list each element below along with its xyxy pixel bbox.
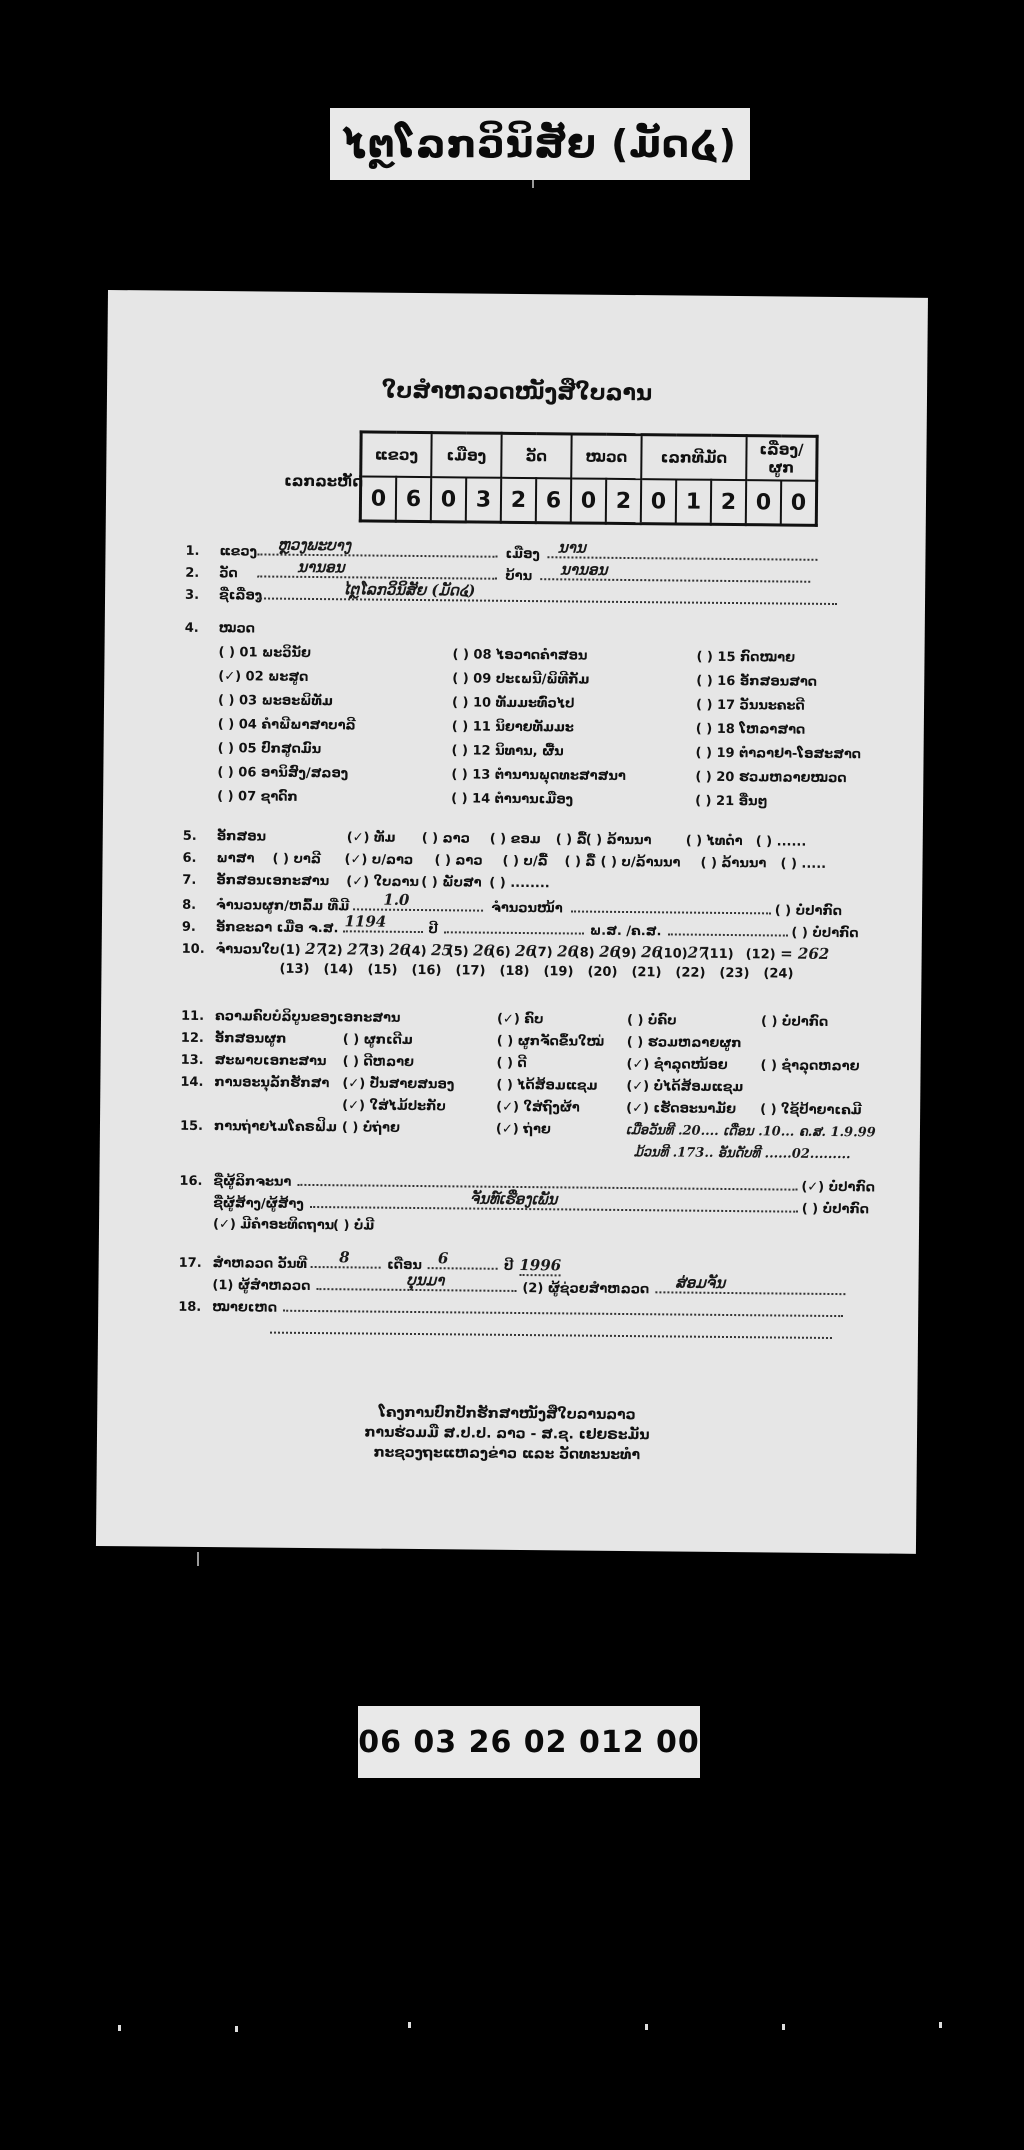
script-option[interactable]: ( ) ...... bbox=[756, 834, 807, 849]
film-speck bbox=[939, 2022, 942, 2028]
code-table: ແຂວງ ເມືອງ ວັດ ໝວດ ເລກທີມັດ ເລື່ອງ/ຜູກ 0… bbox=[359, 430, 819, 526]
fascicle-type-option[interactable]: ( ) ຜູກເດີມ bbox=[343, 1032, 497, 1048]
not-shown-option[interactable]: ( ) ບໍ່ປາກົດ bbox=[802, 1202, 869, 1218]
assistant-field: ສ່ອມຈັນ bbox=[655, 1279, 845, 1295]
remarks-line-2 bbox=[270, 1320, 832, 1339]
leaf-index: (7) bbox=[532, 945, 553, 960]
leaf-index: (10) bbox=[658, 946, 688, 961]
leaf-count-cell: (5) 26 bbox=[448, 941, 490, 959]
field-label: ອັກສອນຜູກ bbox=[215, 1031, 343, 1047]
field-label: ປີ bbox=[504, 1259, 514, 1274]
field-label: ຊື່ເລື່ອງ bbox=[219, 588, 257, 603]
language-option[interactable]: ( ) ..... bbox=[780, 856, 826, 871]
item-preservation: 14. ການອະນຸລັກຮັກສາ (✓) ປັ່ນສາຍສນອງ ( ) … bbox=[180, 1075, 743, 1095]
film-speck bbox=[235, 2026, 238, 2032]
field-label: ໝວດ bbox=[219, 621, 255, 636]
category-option[interactable]: ( ) 01 ພະວິນັຍ bbox=[218, 645, 356, 670]
field-label: (1) ຜູ້ສຳຫລວດ bbox=[212, 1278, 310, 1294]
code-digit: 2 bbox=[711, 480, 746, 525]
field-label: ປີ bbox=[428, 922, 438, 937]
condition-option[interactable]: ( ) ຊຳລຸດຫລາຍ bbox=[761, 1058, 860, 1074]
item-number: 13. bbox=[181, 1053, 215, 1068]
leaf-count-cell: (6) 26 bbox=[490, 942, 532, 960]
leaf-index: (4) bbox=[406, 944, 427, 959]
leaf-index: (16) bbox=[411, 963, 455, 978]
leaf-count-cell: (2) 27 bbox=[322, 940, 364, 958]
field-label: ອັກຂະລາ ເມື່ອ ຈ.ສ. bbox=[216, 920, 339, 936]
leaf-total-value: = 262 bbox=[780, 944, 829, 962]
code-digit: 0 bbox=[571, 478, 606, 523]
code-header-category: ໝວດ bbox=[571, 434, 641, 479]
province-value: ຫຼວງພະບາງ bbox=[277, 536, 351, 555]
preservation-option-checked[interactable]: (✓) ໃສ່ຖົງຜ້າ bbox=[496, 1100, 626, 1116]
microfilm-title: ໄຕຼໂລກວິນິສັຍ (ມັດ໔) bbox=[343, 122, 737, 166]
item-number: 4. bbox=[185, 621, 219, 636]
item-number: 15. bbox=[180, 1119, 214, 1134]
preservation-option-checked[interactable]: (✓) ໃສ່ໄມ້ປະກັບ bbox=[342, 1098, 496, 1114]
registration-tick bbox=[532, 180, 534, 188]
title-field: ໄຕຼໂລກວິນິສັຍ (ມັດ໔) bbox=[257, 585, 837, 605]
script-option[interactable]: ( ) ລ້ານນາ bbox=[586, 833, 686, 849]
script-option[interactable]: ( ) ຂອມ bbox=[490, 832, 556, 848]
microfilm-option[interactable]: ( ) ບໍ່ຖ່າຍ bbox=[342, 1120, 496, 1136]
category-option[interactable]: ( ) 03 ພະອະພິທັມ bbox=[218, 693, 356, 718]
film-speck bbox=[118, 2025, 121, 2031]
microfilm-option-checked[interactable]: (✓) ຖ່າຍ bbox=[496, 1122, 626, 1138]
material-option-checked[interactable]: (✓) ໃບລານ bbox=[346, 874, 421, 890]
survey-form-sheet: ໃບສຳຫລວດໜັງສືໃບລານ ເລກລະຫັດ ແຂວງ ເມືອງ ວ… bbox=[96, 290, 928, 1554]
category-option[interactable]: ( ) 17 ວັນນະຄະດີ bbox=[696, 698, 862, 724]
category-option[interactable]: ( ) 09 ປະເພນີ/ພິທີກັມ bbox=[452, 671, 627, 697]
field-label: ວັດ bbox=[219, 566, 257, 581]
category-option-checked[interactable]: (✓) 02 ພະສູດ bbox=[218, 669, 356, 694]
leaf-index: (18) bbox=[499, 964, 543, 979]
condition-option[interactable]: ( ) ດີຫລາຍ bbox=[343, 1054, 497, 1070]
microfilm-code: 06 03 26 02 012 00 bbox=[358, 1725, 700, 1760]
leaf-index: (12) bbox=[746, 947, 776, 962]
item-language: 6. ພາສາ ( ) ບາລີ (✓) ບ/ລາວ ( ) ລາວ ( ) ບ… bbox=[182, 851, 826, 872]
language-option[interactable]: ( ) ລາວ bbox=[434, 853, 502, 869]
item-temple-village: 2. ວັດ ນານອນ ບ້ານ ນານອນ bbox=[185, 563, 810, 587]
leaf-index: (23) bbox=[719, 966, 763, 981]
project-footer: ໂຄງການປົກປັກຮັກສາໜັງສືໃບລານລາວ ການຮ່ວມມື… bbox=[97, 1400, 918, 1468]
leaf-count-cell: (8) 26 bbox=[574, 943, 616, 961]
code-digit: 0 bbox=[431, 477, 466, 522]
preservation-row-2: (✓) ໃສ່ໄມ້ປະກັບ (✓) ໃສ່ຖົງຜ້າ (✓) ເຮັດອະ… bbox=[342, 1098, 862, 1118]
surveyor-field: ບຸນມາ bbox=[316, 1276, 516, 1292]
field-label: ຈຳນວນໃບ bbox=[216, 942, 280, 958]
material-option[interactable]: ( ) ........ bbox=[489, 876, 550, 892]
village-field: ນານອນ bbox=[540, 566, 810, 583]
leaf-index: (15) bbox=[367, 963, 411, 978]
cs-year-field: 1194 bbox=[342, 918, 422, 933]
item-condition: 13. ສະພາບເອກະສານ ( ) ດີຫລາຍ ( ) ດີ (✓) ຊ… bbox=[181, 1053, 860, 1075]
category-column-3: ( ) 15 ກົດໝາຍ ( ) 16 ອັກສອນສາດ ( ) 17 ວັ… bbox=[695, 650, 862, 820]
leaf-count-row-2: (13) (14) (15) (16) (17) (18) (19) (20) … bbox=[279, 962, 807, 982]
item-fascicle-type: 12. ອັກສອນຜູກ ( ) ຜູກເດີມ ( ) ຜູກຈັດຂຶ້ນ… bbox=[181, 1031, 742, 1051]
leaf-index: (14) bbox=[323, 962, 367, 977]
category-option[interactable]: ( ) 08 ໄອວາດຄຳສອນ bbox=[452, 647, 627, 673]
completeness-option-checked[interactable]: (✓) ຄົບ bbox=[497, 1012, 627, 1028]
leaf-index: (5) bbox=[448, 944, 469, 959]
title-value: ໄຕຼໂລກວິນິສັຍ (ມັດ໔) bbox=[342, 580, 475, 599]
field-label: ສະພາບເອກະສານ bbox=[215, 1053, 343, 1069]
code-digit: 6 bbox=[536, 478, 571, 523]
language-option[interactable]: ( ) ບ/ລ້ານນາ bbox=[600, 855, 700, 871]
item-number: 8. bbox=[182, 898, 216, 913]
registration-tick bbox=[197, 1552, 199, 1566]
field-label: ເມືອງ bbox=[505, 547, 540, 562]
category-option[interactable]: ( ) 11 ນິຍາຍທັມມະ bbox=[452, 719, 627, 745]
code-header-bundle-no: ເລກທີມັດ bbox=[641, 435, 746, 481]
field-label: ຄວາມຄົບບໍລິບູນຂອງເອກະສານ bbox=[215, 1009, 497, 1027]
be-ad-field bbox=[667, 921, 787, 936]
item-number: 11. bbox=[181, 1009, 215, 1024]
item-title: 3. ຊື່ເລື່ອງ ໄຕຼໂລກວິນິສັຍ (ມັດ໔) bbox=[185, 585, 837, 609]
leaf-count-cell: (3) 26 bbox=[364, 940, 406, 958]
microfilm-roll-row: ມ້ວນທີ .173.. ອັນດັບທີ ......02......... bbox=[634, 1145, 851, 1162]
category-option[interactable]: ( ) 05 ປົກສູດມົນ bbox=[217, 741, 355, 766]
script-option[interactable]: ( ) ໄທດຳ bbox=[686, 834, 756, 850]
leaf-index: (20) bbox=[587, 965, 631, 980]
sponsor-value: ຈັນທ໌ເຮືອງເພັນ bbox=[470, 1190, 558, 1209]
condition-option-checked[interactable]: (✓) ຊຳລຸດໜ້ອຍ bbox=[627, 1057, 761, 1073]
survey-day-value: 8 bbox=[339, 1248, 350, 1266]
leaf-index: (1) bbox=[280, 943, 301, 958]
form-title: ໃບສຳຫລວດໜັງສືໃບລານ bbox=[107, 376, 927, 409]
code-digit: 0 bbox=[746, 480, 781, 525]
assistant-value: ສ່ອມຈັນ bbox=[675, 1273, 725, 1291]
film-speck bbox=[408, 2022, 411, 2028]
item-script: 5. ອັກສອນ (✓) ທັມ ( ) ລາວ ( ) ຂອມ ( ) ລື… bbox=[183, 829, 807, 850]
field-label: ອັກສອນ bbox=[217, 829, 347, 845]
code-digit: 3 bbox=[466, 477, 501, 522]
field-label: ຊື່ຜູ້ສ້າງ/ຜູ້ສ້າງ bbox=[213, 1196, 304, 1212]
code-digit: 6 bbox=[396, 477, 431, 522]
field-label: ບ້ານ bbox=[505, 569, 532, 584]
leaf-index: (9) bbox=[616, 946, 637, 961]
item-number: 12. bbox=[181, 1031, 215, 1046]
dedication-row: (✓) ມີຄຳອະທິດຖານ ( ) ບໍ່ມີ bbox=[213, 1217, 374, 1234]
temple-value: ນານອນ bbox=[297, 558, 344, 576]
leaf-index: (8) bbox=[574, 946, 595, 961]
item-number: 1. bbox=[185, 544, 219, 559]
item-number: 10. bbox=[182, 942, 216, 957]
survey-month-field: 6 bbox=[428, 1255, 498, 1270]
remarks-field bbox=[283, 1298, 843, 1317]
category-option[interactable]: ( ) 12 ນິທານ, ຜື້ນ bbox=[451, 743, 626, 769]
leaf-count-cell: (7) 26 bbox=[532, 942, 574, 960]
category-option[interactable]: ( ) 13 ຕຳນານພຸດທະສາສນາ bbox=[451, 767, 626, 793]
field-label: ອັກສອນເອກະສານ bbox=[216, 873, 346, 889]
code-digit: 2 bbox=[501, 478, 536, 523]
item-number: 9. bbox=[182, 920, 216, 935]
dedication-option[interactable]: ( ) ບໍ່ມີ bbox=[333, 1218, 374, 1233]
leaf-index: (11) bbox=[704, 947, 734, 962]
category-option[interactable]: ( ) 18 ໂຫລາສາດ bbox=[696, 722, 862, 748]
item-number: 16. bbox=[179, 1174, 213, 1189]
item-number: 6. bbox=[182, 851, 216, 866]
field-label: ແຂວງ bbox=[219, 544, 257, 559]
microfilm-title-card: ໄຕຼໂລກວິນິສັຍ (ມັດ໔) bbox=[330, 108, 750, 180]
item-survey-date: 17. ສຳຫລວດ ວັນທີ 8 ເດືອນ 6 ປີ 1996 bbox=[179, 1253, 562, 1277]
field-label: ຈຳນວນຜູກ/ຫລົ້ມ ທີ່ມີ bbox=[216, 898, 349, 914]
year-field bbox=[444, 919, 584, 934]
category-option[interactable]: ( ) 14 ຕຳນານເມືອງ bbox=[451, 791, 626, 817]
village-value: ນານອນ bbox=[560, 560, 607, 578]
field-label: ຊື່ຜູ້ລິກຈະນາ bbox=[213, 1174, 291, 1190]
field-label: ສຳຫລວດ ວັນທີ bbox=[213, 1256, 308, 1272]
category-option[interactable]: ( ) 06 ອານິສົງ/ສລອງ bbox=[217, 765, 355, 790]
leaf-count-cell: (4) 25 bbox=[406, 941, 448, 959]
remarks-field-2 bbox=[270, 1320, 832, 1339]
language-option[interactable]: ( ) ບາລີ bbox=[272, 852, 344, 868]
microfilm-code-card: 06 03 26 02 012 00 bbox=[358, 1706, 700, 1778]
surveyor-value: ບຸນມາ bbox=[406, 1271, 444, 1289]
film-speck bbox=[645, 2024, 648, 2030]
code-digit: 1 bbox=[676, 479, 711, 524]
leaf-count-cell: (9) 26 bbox=[616, 943, 658, 961]
category-column-2: ( ) 08 ໄອວາດຄຳສອນ ( ) 09 ປະເພນີ/ພິທີກັມ … bbox=[451, 647, 627, 817]
item-sponsor: ຊື່ຜູ້ສ້າງ/ຜູ້ສ້າງ ຈັນທ໌ເຮືອງເພັນ ( ) ບໍ… bbox=[213, 1193, 869, 1217]
item-material: 7. ອັກສອນເອກະສານ (✓) ໃບລານ ( ) ພັບສາ ( )… bbox=[182, 873, 550, 892]
leaf-index: (6) bbox=[490, 945, 511, 960]
category-option[interactable]: ( ) 04 ຄຳພີພາສາບາລີ bbox=[218, 717, 356, 742]
field-label: ການອະນຸລັກຮັກສາ bbox=[214, 1075, 342, 1091]
item-province-district: 1. ແຂວງ ຫຼວງພະບາງ ເມືອງ ນານ bbox=[185, 541, 818, 565]
leaf-index: (3) bbox=[364, 943, 385, 958]
item-leaf-count: 10. ຈຳນວນໃບ (1) 27 (2) 27 (3) 26 (4) 25 … bbox=[182, 939, 830, 963]
field-label: ພ.ສ. /ຄ.ສ. bbox=[590, 924, 662, 940]
item-number: 7. bbox=[182, 873, 216, 888]
preservation-option-checked[interactable]: (✓) ບໍ່ໄດ້ສ້ອມແຊມ bbox=[626, 1079, 743, 1095]
field-label: ການຖ່າຍໄມໂຄຣຟິມ bbox=[214, 1119, 342, 1135]
fascicle-count-field: 1.0 bbox=[353, 896, 483, 911]
leaf-count-cell: (10)27 bbox=[658, 943, 704, 961]
code-digit: 2 bbox=[606, 479, 641, 524]
not-shown-option-checked[interactable]: (✓) ບໍ່ປາກົດ bbox=[801, 1180, 875, 1196]
temple-field: ນານອນ bbox=[257, 563, 497, 579]
leaf-count-total: (12) = 262 bbox=[746, 944, 830, 963]
item-number: 2. bbox=[185, 566, 219, 581]
fascicle-type-option[interactable]: ( ) ຜູກຈັດຂຶ້ນໃໝ່ bbox=[497, 1034, 627, 1050]
leaf-index: (17) bbox=[455, 963, 499, 978]
code-label: ເລກລະຫັດ bbox=[284, 472, 363, 491]
language-option[interactable]: ( ) ລ້ານນາ bbox=[700, 856, 780, 872]
item-category: 4. ໝວດ bbox=[185, 621, 255, 637]
code-digit: 0 bbox=[360, 476, 396, 521]
film-speck bbox=[782, 2024, 785, 2030]
leaf-count-cell: (1) 27 bbox=[280, 940, 322, 958]
preservation-option[interactable]: ( ) ໄດ້ສ້ອມແຊມ bbox=[496, 1078, 626, 1094]
leaf-index: (21) bbox=[631, 965, 675, 980]
item-number: 5. bbox=[183, 829, 217, 844]
scribe-field bbox=[297, 1172, 797, 1191]
preservation-option-checked[interactable]: (✓) ເຮັດອະນາມັຍ bbox=[626, 1101, 760, 1117]
code-header-district: ເມືອງ bbox=[431, 433, 501, 478]
language-option[interactable]: ( ) ບ/ລື້ bbox=[502, 854, 564, 870]
script-option[interactable]: ( ) ລື້ bbox=[556, 832, 586, 847]
item-number: 18. bbox=[178, 1300, 212, 1315]
category-option[interactable]: ( ) 15 ກົດໝາຍ bbox=[696, 650, 862, 676]
not-shown-option[interactable]: ( ) ບໍ່ປາກົດ bbox=[791, 926, 858, 942]
field-label: (2) ຜູ້ຊ່ວຍສຳຫລວດ bbox=[522, 1281, 649, 1297]
script-option-checked[interactable]: (✓) ທັມ bbox=[347, 830, 422, 846]
item-completeness: 11. ຄວາມຄົບບໍລິບູນຂອງເອກະສານ (✓) ຄົບ ( )… bbox=[181, 1009, 828, 1030]
sponsor-field: ຈັນທ໌ເຮືອງເພັນ bbox=[310, 1194, 798, 1213]
category-option[interactable]: ( ) 16 ອັກສອນສາດ bbox=[696, 674, 862, 700]
script-option[interactable]: ( ) ລາວ bbox=[422, 831, 490, 847]
language-option[interactable]: ( ) ລື້ bbox=[564, 854, 600, 869]
item-microfilm: 15. ການຖ່າຍໄມໂຄຣຟິມ ( ) ບໍ່ຖ່າຍ (✓) ຖ່າຍ… bbox=[180, 1119, 876, 1141]
cs-year-value: 1194 bbox=[344, 912, 386, 930]
condition-option[interactable]: ( ) ດີ bbox=[497, 1056, 627, 1072]
item-written-date: 9. ອັກຂະລາ ເມື່ອ ຈ.ສ. 1194 ປີ ພ.ສ. /ຄ.ສ.… bbox=[182, 917, 859, 941]
province-field: ຫຼວງພະບາງ bbox=[257, 541, 497, 557]
microfilm-date: ເມື່ອວັນທີ .20.... ເດືອນ .10... ຄ.ສ. 1.9… bbox=[626, 1123, 876, 1140]
preservation-option-checked[interactable]: (✓) ປັ່ນສາຍສນອງ bbox=[342, 1076, 496, 1092]
district-value: ນານ bbox=[558, 538, 586, 556]
code-header-row: ແຂວງ ເມືອງ ວັດ ໝວດ ເລກທີມັດ ເລື່ອງ/ຜູກ bbox=[361, 432, 817, 481]
code-digit: 0 bbox=[641, 479, 676, 524]
completeness-option[interactable]: ( ) ບໍ່ຄົບ bbox=[627, 1013, 761, 1029]
code-digit: 0 bbox=[781, 480, 817, 525]
code-digit-row: 0 6 0 3 2 6 0 2 0 1 2 0 0 bbox=[360, 476, 816, 525]
material-option[interactable]: ( ) ພັບສາ bbox=[421, 875, 489, 891]
page-count-field bbox=[571, 898, 771, 914]
survey-month-value: 6 bbox=[438, 1249, 449, 1267]
category-option[interactable]: ( ) 19 ຕຳລາຢາ-ໂອສະສາດ bbox=[695, 746, 861, 772]
fascicle-count-value: 1.0 bbox=[383, 891, 409, 909]
language-option-checked[interactable]: (✓) ບ/ລາວ bbox=[344, 852, 434, 868]
leaf-index: (24) bbox=[763, 966, 807, 981]
category-option[interactable]: ( ) 10 ທັມມະທົ່ວໄປ bbox=[452, 695, 627, 721]
leaf-index: (2) bbox=[322, 943, 343, 958]
leaf-index: (13) bbox=[279, 962, 323, 977]
category-option[interactable]: ( ) 20 ຮວມຫລາຍໝວດ bbox=[695, 770, 861, 796]
leaf-count-cell: (11) bbox=[704, 947, 746, 962]
category-option[interactable]: ( ) 07 ຊາດົກ bbox=[217, 789, 355, 814]
district-field: ນານ bbox=[548, 544, 818, 561]
category-option[interactable]: ( ) 21 ອື່ນໆ bbox=[695, 794, 861, 820]
item-number: 14. bbox=[180, 1075, 214, 1090]
dedication-option-checked[interactable]: (✓) ມີຄຳອະທິດຖານ bbox=[213, 1217, 333, 1233]
category-column-1: ( ) 01 ພະວິນັຍ (✓) 02 ພະສູດ ( ) 03 ພະອະພ… bbox=[217, 645, 356, 814]
item-number: 17. bbox=[179, 1256, 213, 1271]
item-number: 3. bbox=[185, 588, 219, 603]
surveyors-row: (1) ຜູ້ສຳຫລວດ ບຸນມາ (2) ຜູ້ຊ່ວຍສຳຫລວດ ສ່… bbox=[212, 1275, 845, 1299]
survey-year-value: 1996 bbox=[519, 1256, 561, 1276]
leaf-index: (19) bbox=[543, 964, 587, 979]
completeness-option[interactable]: ( ) ບໍ່ປາກົດ bbox=[761, 1014, 828, 1030]
item-fascicle-count: 8. ຈຳນວນຜູກ/ຫລົ້ມ ທີ່ມີ 1.0 ຈຳນວນໜ້າ ( )… bbox=[182, 895, 842, 919]
code-header-province: ແຂວງ bbox=[361, 432, 432, 477]
field-label: ຈຳນວນໜ້າ bbox=[491, 901, 563, 917]
microfilm-roll: ມ້ວນທີ .173.. ອັນດັບທີ ......02......... bbox=[634, 1145, 851, 1162]
code-header-title-fascicle: ເລື່ອງ/ຜູກ bbox=[746, 436, 817, 481]
code-header-temple: ວັດ bbox=[501, 433, 571, 478]
item-remarks: 18. ໝາຍເຫດ bbox=[178, 1297, 843, 1321]
preservation-option[interactable]: ( ) ໃຊ້ປ້າຍາເຄມີ bbox=[760, 1102, 862, 1118]
not-shown-option[interactable]: ( ) ບໍ່ປາກົດ bbox=[775, 903, 842, 919]
field-label: ພາສາ bbox=[216, 851, 272, 867]
field-label: ໝາຍເຫດ bbox=[212, 1300, 277, 1316]
fascicle-type-option[interactable]: ( ) ຮວມຫລາຍຜູກ bbox=[627, 1035, 742, 1051]
leaf-index: (22) bbox=[675, 965, 719, 980]
survey-day-field: 8 bbox=[311, 1254, 381, 1269]
